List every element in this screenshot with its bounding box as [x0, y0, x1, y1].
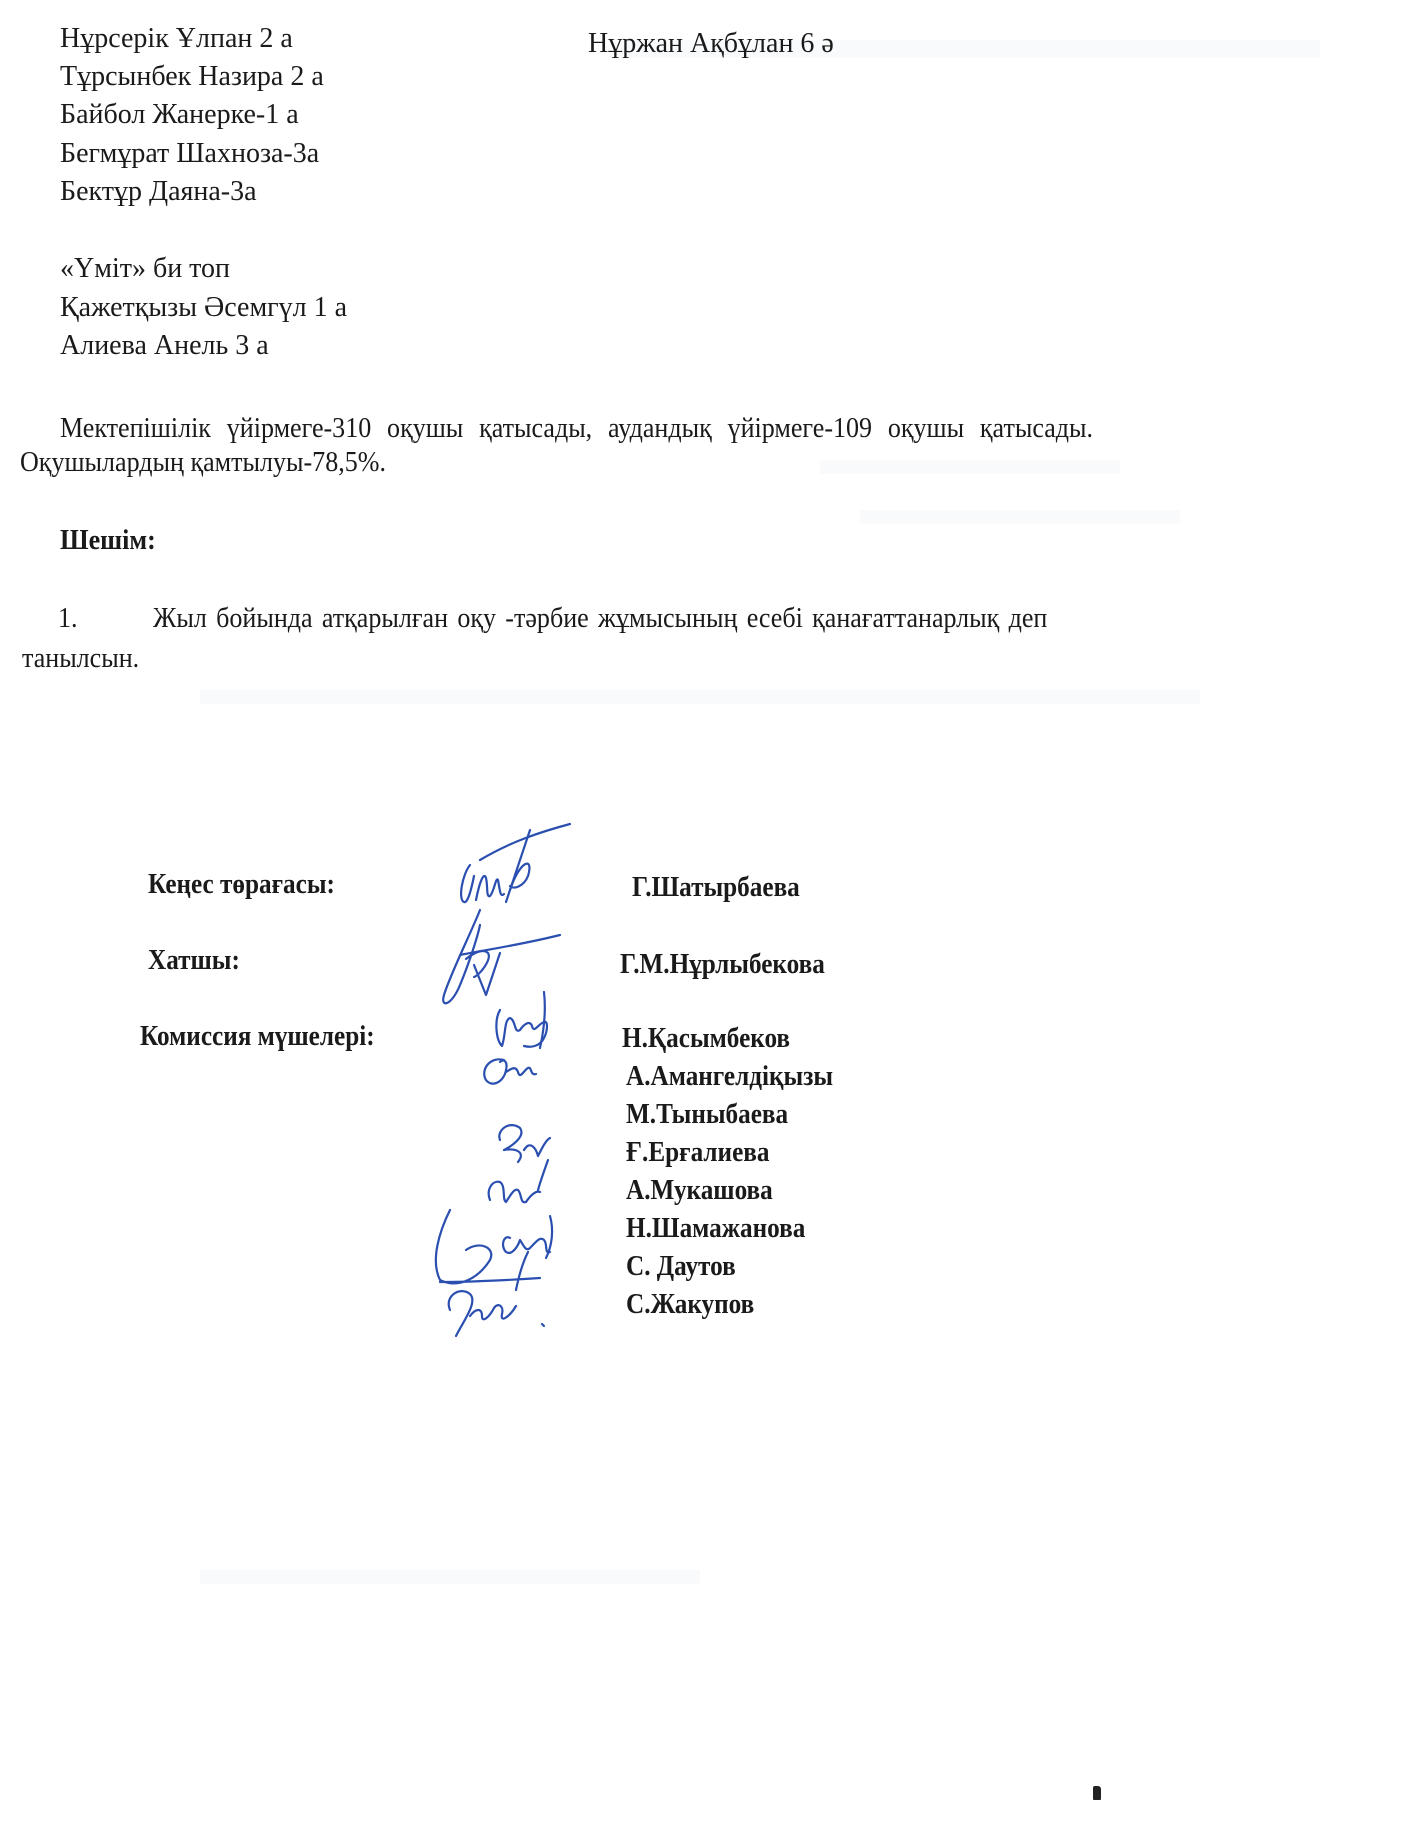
commission-member: С.Жакупов: [626, 1288, 754, 1322]
chair-name: Г.Шатырбаева: [632, 871, 800, 905]
scan-bleed: [200, 1570, 700, 1584]
decision-item-text-cont: танылсын.: [22, 642, 139, 676]
chair-signature: [450, 820, 590, 920]
commission-member: Н.Шамажанова: [626, 1212, 805, 1246]
student-entry: Нұржан Ақбұлан 6 ә: [588, 25, 834, 63]
dance-group-title: «Үміт» би топ: [60, 250, 230, 288]
document-page: Нұрсерік Ұлпан 2 а Тұрсынбек Назира 2 а …: [0, 0, 1402, 1836]
commission-member: М.Тыныбаева: [626, 1098, 788, 1132]
commission-signatures: [420, 990, 620, 1340]
dance-group-member: Алиева Анель 3 а: [60, 327, 269, 365]
chair-label: Кеңес төрағасы:: [148, 868, 335, 902]
decision-item-number: 1.: [58, 602, 78, 636]
secretary-name: Г.М.Нұрлыбекова: [620, 948, 825, 982]
summary-line-1: Мектепішілік үйірмеге-310 оқушы қатысады…: [60, 412, 1402, 446]
student-entry: Байбол Жанерке-1 а: [60, 96, 299, 134]
scan-bleed: [820, 460, 1120, 474]
dance-group-member: Қажетқызы Әсемгүл 1 а: [60, 289, 347, 327]
commission-member: А.Мукашова: [626, 1174, 773, 1208]
commission-member: Н.Қасымбеков: [622, 1022, 790, 1056]
student-entry: Тұрсынбек Назира 2 а: [60, 58, 324, 96]
scan-bleed: [200, 690, 1200, 704]
decision-heading: Шешім:: [60, 524, 156, 558]
commission-label: Комиссия мүшелері:: [140, 1020, 375, 1054]
student-entry: Бектұр Даяна-3а: [60, 173, 257, 211]
student-entry: Нұрсерік Ұлпан 2 а: [60, 20, 293, 58]
commission-member: А.Амангелдіқызы: [626, 1060, 833, 1094]
student-entry: Бегмұрат Шахноза-3а: [60, 135, 319, 173]
scan-bleed: [860, 510, 1180, 524]
commission-member: С. Даутов: [626, 1250, 736, 1284]
decision-item-text: Жыл бойында атқарылған оқу -тәрбие жұмыс…: [153, 602, 1047, 636]
commission-member: Ғ.Ерғалиева: [626, 1136, 769, 1170]
summary-line-2: Оқушылардың қамтылуы-78,5%.: [20, 446, 386, 480]
scan-speck: [1093, 1786, 1101, 1800]
secretary-label: Хатшы:: [148, 944, 240, 978]
secretary-signature: [430, 905, 570, 1015]
